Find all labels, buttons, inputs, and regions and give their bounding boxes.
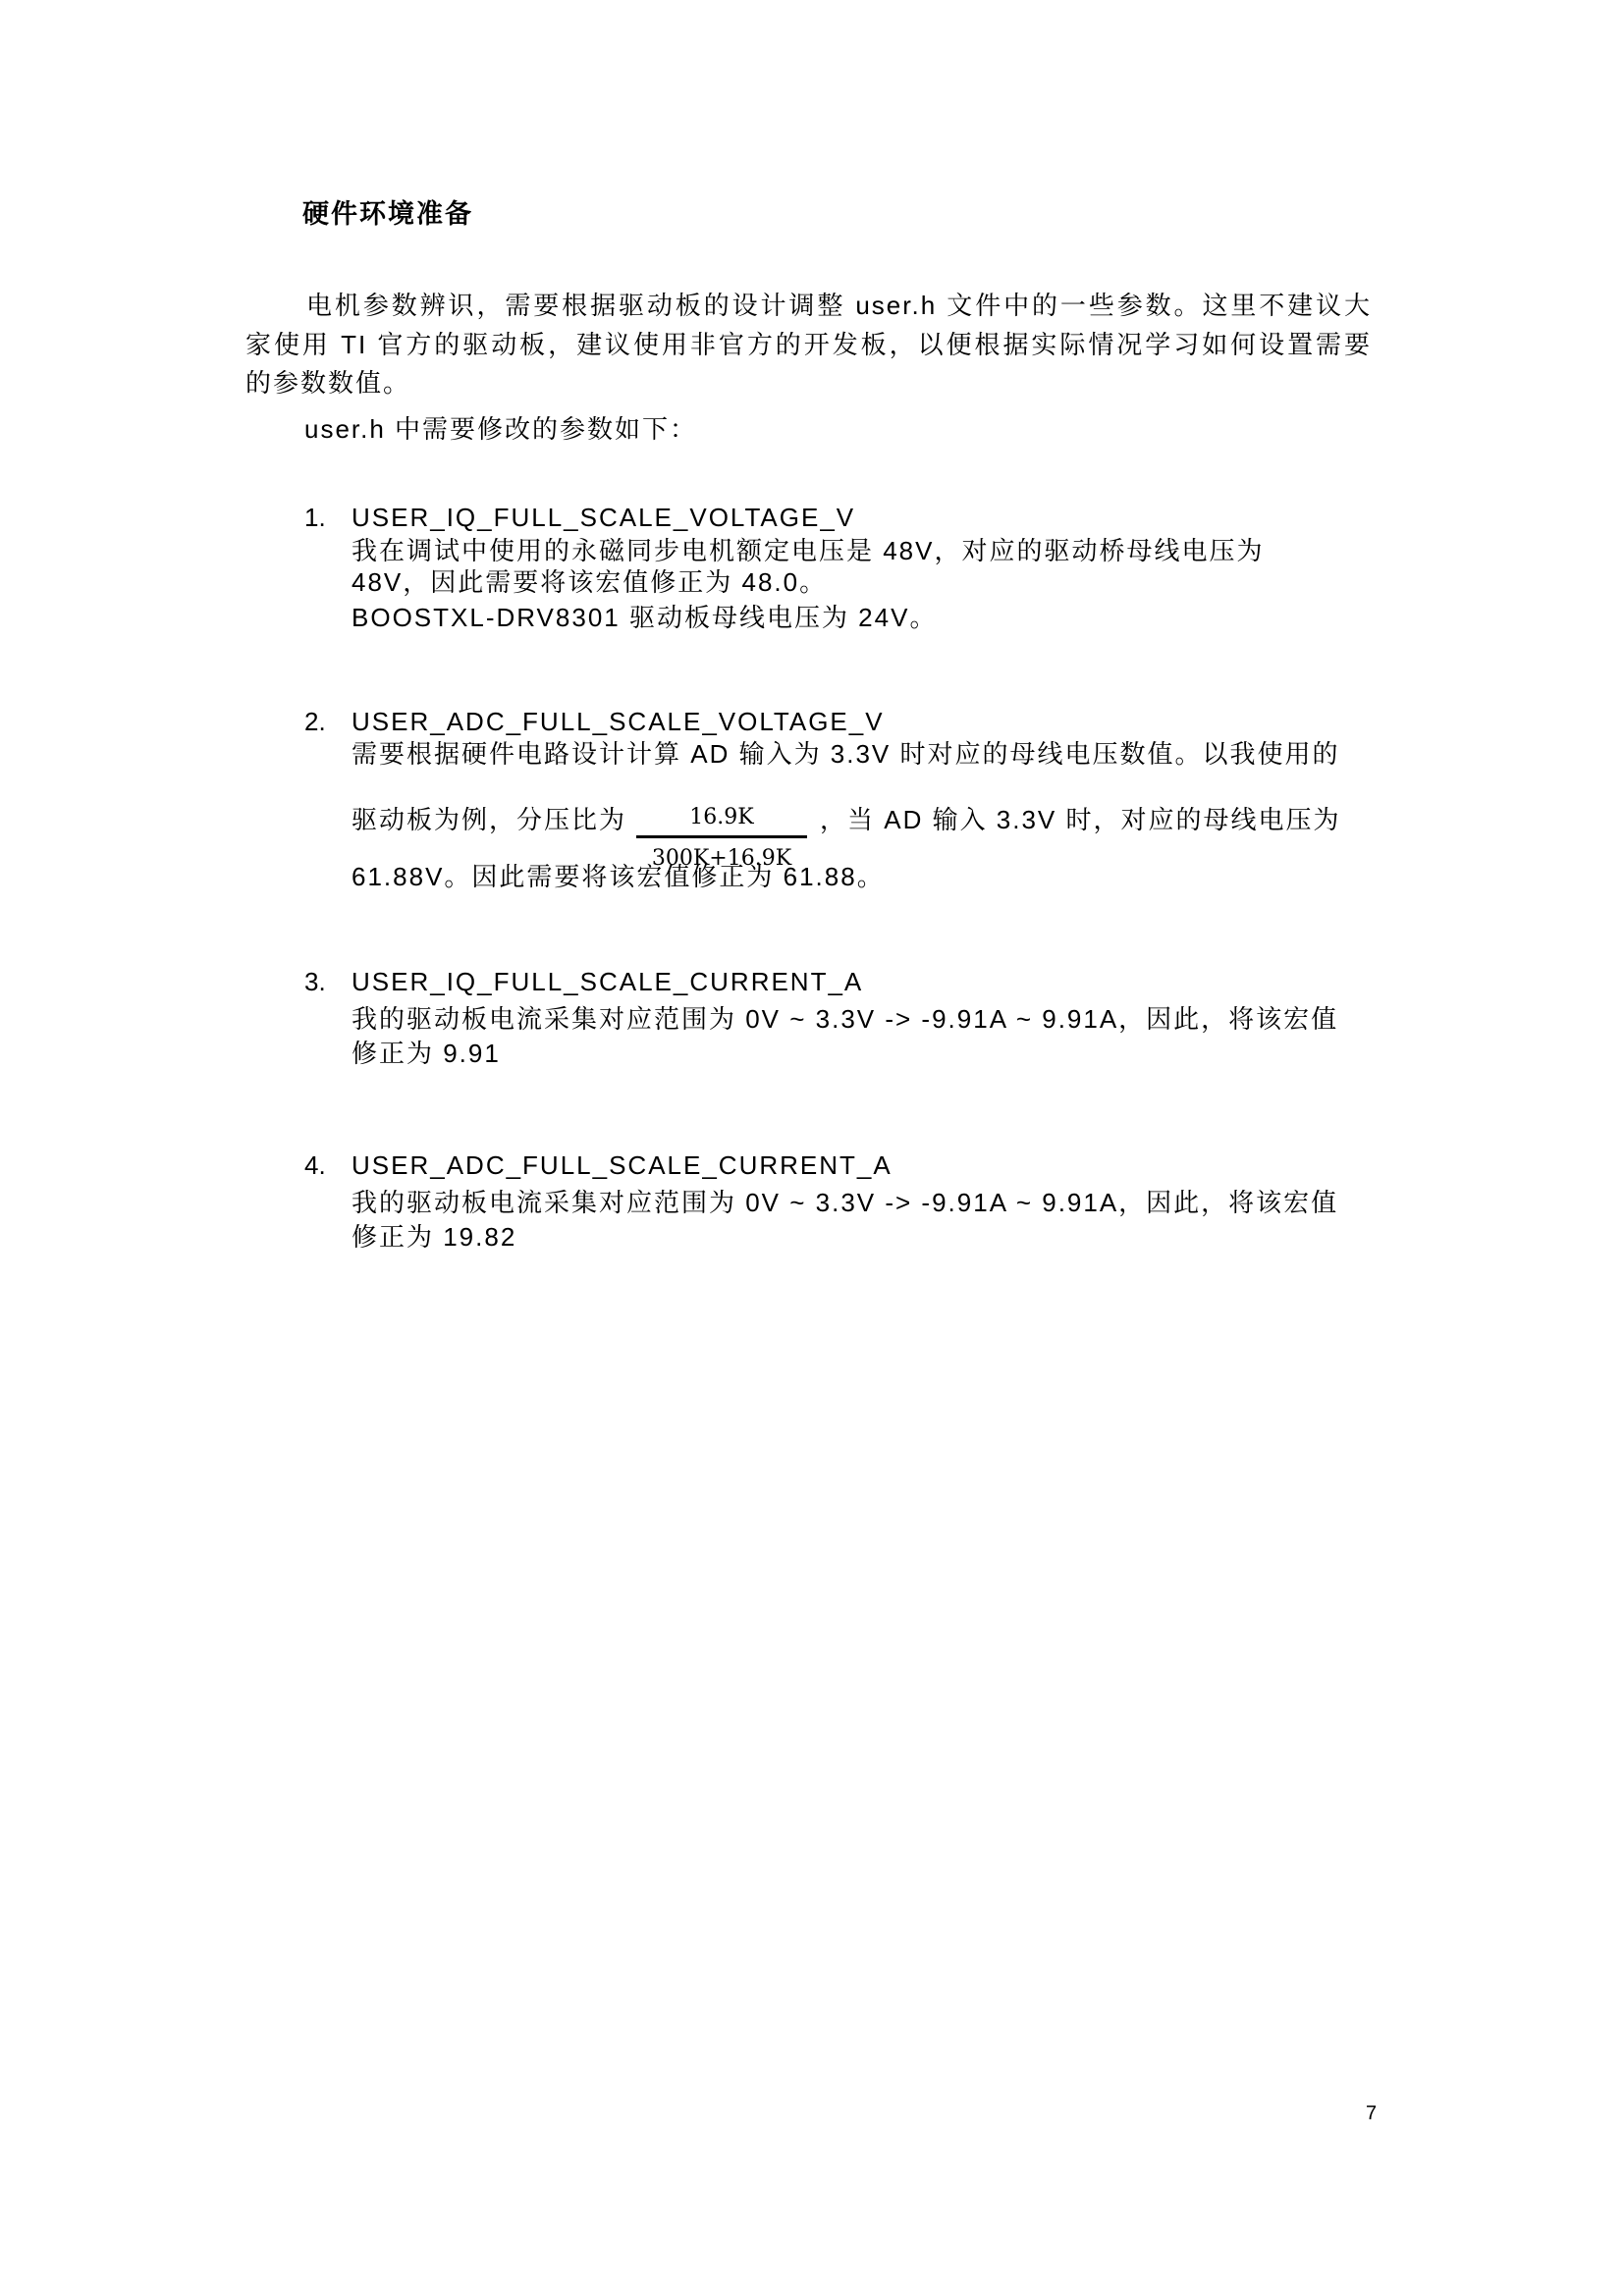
item-text-line: BOOSTXL-DRV8301 驱动板母线电压为 24V。 [352,603,937,632]
item-text-line: 我的驱动板电流采集对应范围为 0V ~ 3.3V -> -9.91A ~ 9.9… [352,1004,1338,1034]
fraction-numerator: 16.9K [636,805,807,830]
intro-lead: user.h 中需要修改的参数如下： [304,414,697,444]
item-text-line: 61.88V。因此需要将该宏值修正为 61.88。 [352,862,885,891]
section-heading: 硬件环境准备 [302,199,473,229]
fraction-line-after: ，当 AD 输入 3.3V 时，对应的母线电压为 [820,805,1341,834]
page-number: 7 [1366,2102,1377,2125]
fraction-line-before: 驱动板为例，分压比为 [352,805,636,834]
item-text-line: 我在调试中使用的永磁同步电机额定电压是 48V，对应的驱动桥母线电压为 [352,536,1265,565]
intro-line-3: 的参数数值。 [245,368,410,398]
intro-line-1: 电机参数辨识，需要根据驱动板的设计调整 user.h 文件中的一些参数。这里不建… [306,291,1372,320]
item-text-line: 修正为 9.91 [352,1039,501,1068]
item-title: USER_IQ_FULL_SCALE_CURRENT_A [352,967,863,996]
item-text-line: 修正为 19.82 [352,1222,516,1252]
document-page: 硬件环境准备 电机参数辨识，需要根据驱动板的设计调整 user.h 文件中的一些… [0,0,1624,2296]
item-title: USER_ADC_FULL_SCALE_CURRENT_A [352,1150,893,1180]
fraction-bar [636,835,807,838]
item-title: USER_IQ_FULL_SCALE_VOLTAGE_V [352,503,855,532]
item-text-line: 48V，因此需要将该宏值修正为 48.0。 [352,567,827,597]
item-number: 1. [304,503,326,532]
item-text-line: 我的驱动板电流采集对应范围为 0V ~ 3.3V -> -9.91A ~ 9.9… [352,1188,1338,1217]
intro-line-2: 家使用 TI 官方的驱动板，建议使用非官方的开发板，以便根据实际情况学习如何设置… [245,330,1372,359]
item-number: 3. [304,967,326,996]
item-text-line: 需要根据硬件电路设计计算 AD 输入为 3.3V 时对应的母线电压数值。以我使用… [352,739,1340,769]
item-number: 2. [304,707,326,736]
item-title: USER_ADC_FULL_SCALE_VOLTAGE_V [352,707,885,736]
item-number: 4. [304,1150,326,1180]
